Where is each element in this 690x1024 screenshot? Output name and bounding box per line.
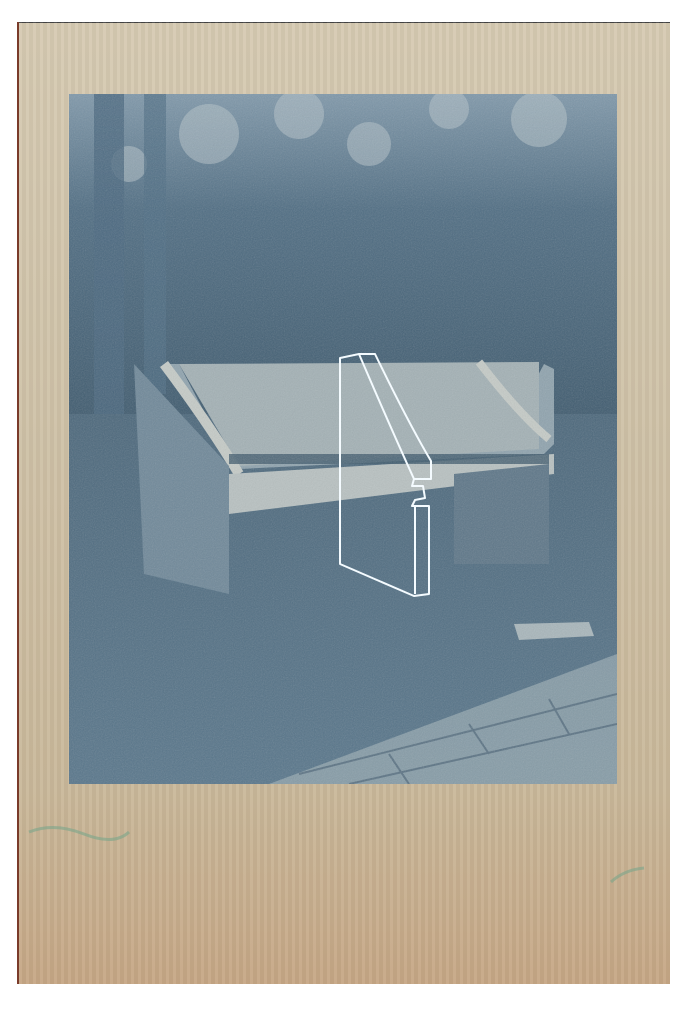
cyanotype-photo [69, 94, 617, 784]
bench-scene [69, 94, 617, 784]
green-stain [24, 812, 134, 852]
green-stain-right [609, 862, 649, 892]
